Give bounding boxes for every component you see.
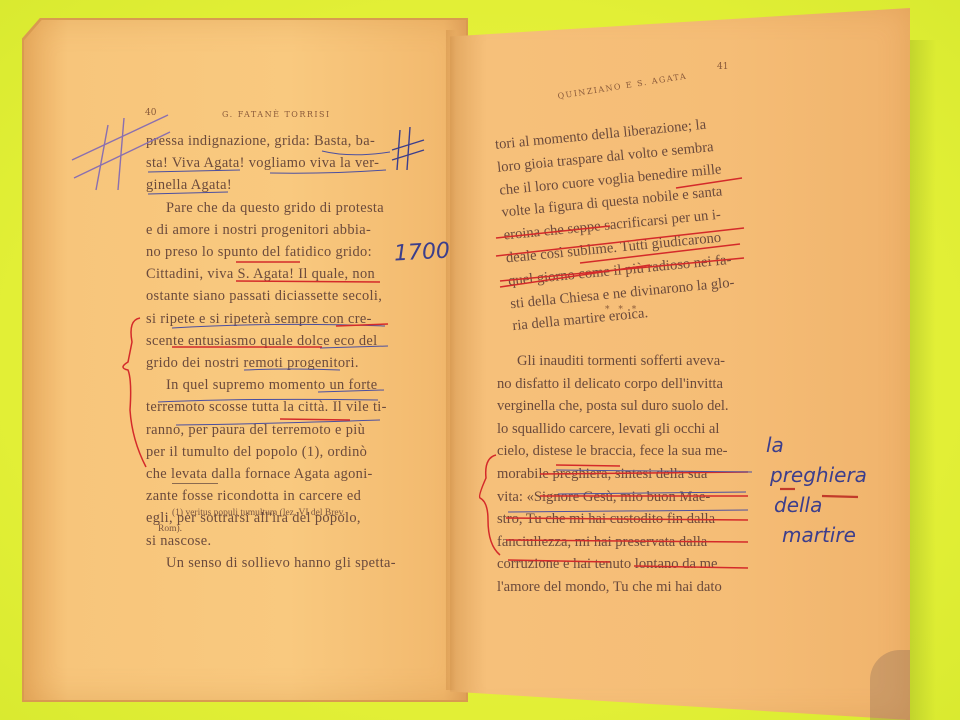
text-line: Gli inauditi tormenti sofferti aveva- [497,350,729,373]
text-line: terremoto scosse tutta la città. Il vile… [146,396,396,418]
text-line: che levata dalla fornace Agata agoni- [146,463,396,485]
note-line: la [766,430,867,460]
text-line: ostante siano passati diciassette secoli… [146,285,396,307]
text-line: si ripete e si ripeterà sempre con cre- [146,308,396,330]
handwritten-year-note: 1700 [393,239,450,267]
text-line: ranno, per paura del terremoto e più [146,419,396,441]
text-line: grido dei nostri remoti progenitori. [146,352,396,374]
footnote-line: Rom). [158,521,345,537]
text-line: sta! Viva Agata! vogliamo viva la ver- [146,152,396,174]
text-line: fanciullezza, mi hai preservata dalla [497,531,729,554]
note-line: preghiera [766,460,867,490]
text-line: vita: «Signore Gesù, mio buon Mae- [497,486,729,509]
left-page-number: 40 [145,108,156,118]
section-break-ornament: * * * [605,305,639,315]
hand-shadow [870,650,910,720]
text-line: stro, Tu che mi hai custodito fin dalla [497,508,729,531]
handwritten-margin-note: la preghiera della martire [766,430,867,550]
left-running-head: G. FATANÈ TORRISI [222,110,331,119]
text-line: no preso lo spunto del fatidico grido: [146,241,396,263]
text-line: verginella che, posta sul duro suolo del… [497,395,729,418]
text-line: In quel supremo momento un forte [146,374,396,396]
text-line: morabile preghiera, sintesi della sua [497,463,729,486]
text-line: e di amore i nostri progenitori abbia- [146,219,396,241]
note-line: della [766,490,867,520]
footnote-rule [172,483,218,484]
text-line: per il tumulto del popolo (1), ordinò [146,441,396,463]
note-line: martire [766,520,867,550]
text-line: corruzione e hai tenuto lontano da me [497,553,729,576]
text-line: Pare che da questo grido di protesta [146,197,396,219]
text-line: Cittadini, viva S. Agata! Il quale, non [146,263,396,285]
footnote-line: (1) veritus populi tumultum (lez. VI del… [158,505,345,521]
text-line: Un senso di sollievo hanno gli spetta- [146,552,396,574]
text-line: scente entusiasmo quale dolce eco del [146,330,396,352]
book-gutter [446,30,456,690]
text-line: ginella Agata! [146,174,396,196]
footnote: (1) veritus populi tumultum (lez. VI del… [158,505,345,537]
text-line: lo squallido carcere, levati gli occhi a… [497,418,729,441]
text-line: pressa indignazione, grida: Basta, ba- [146,130,396,152]
right-page-number: 41 [717,62,728,72]
right-page-text-para2: Gli inauditi tormenti sofferti aveva- no… [497,350,729,599]
text-line: cielo, distese le braccia, fece la sua m… [497,440,729,463]
shadow [906,40,936,720]
text-line: l'amore del mondo, Tu che mi hai dato [497,576,729,599]
text-line: no disfatto il delicato corpo dell'invit… [497,373,729,396]
